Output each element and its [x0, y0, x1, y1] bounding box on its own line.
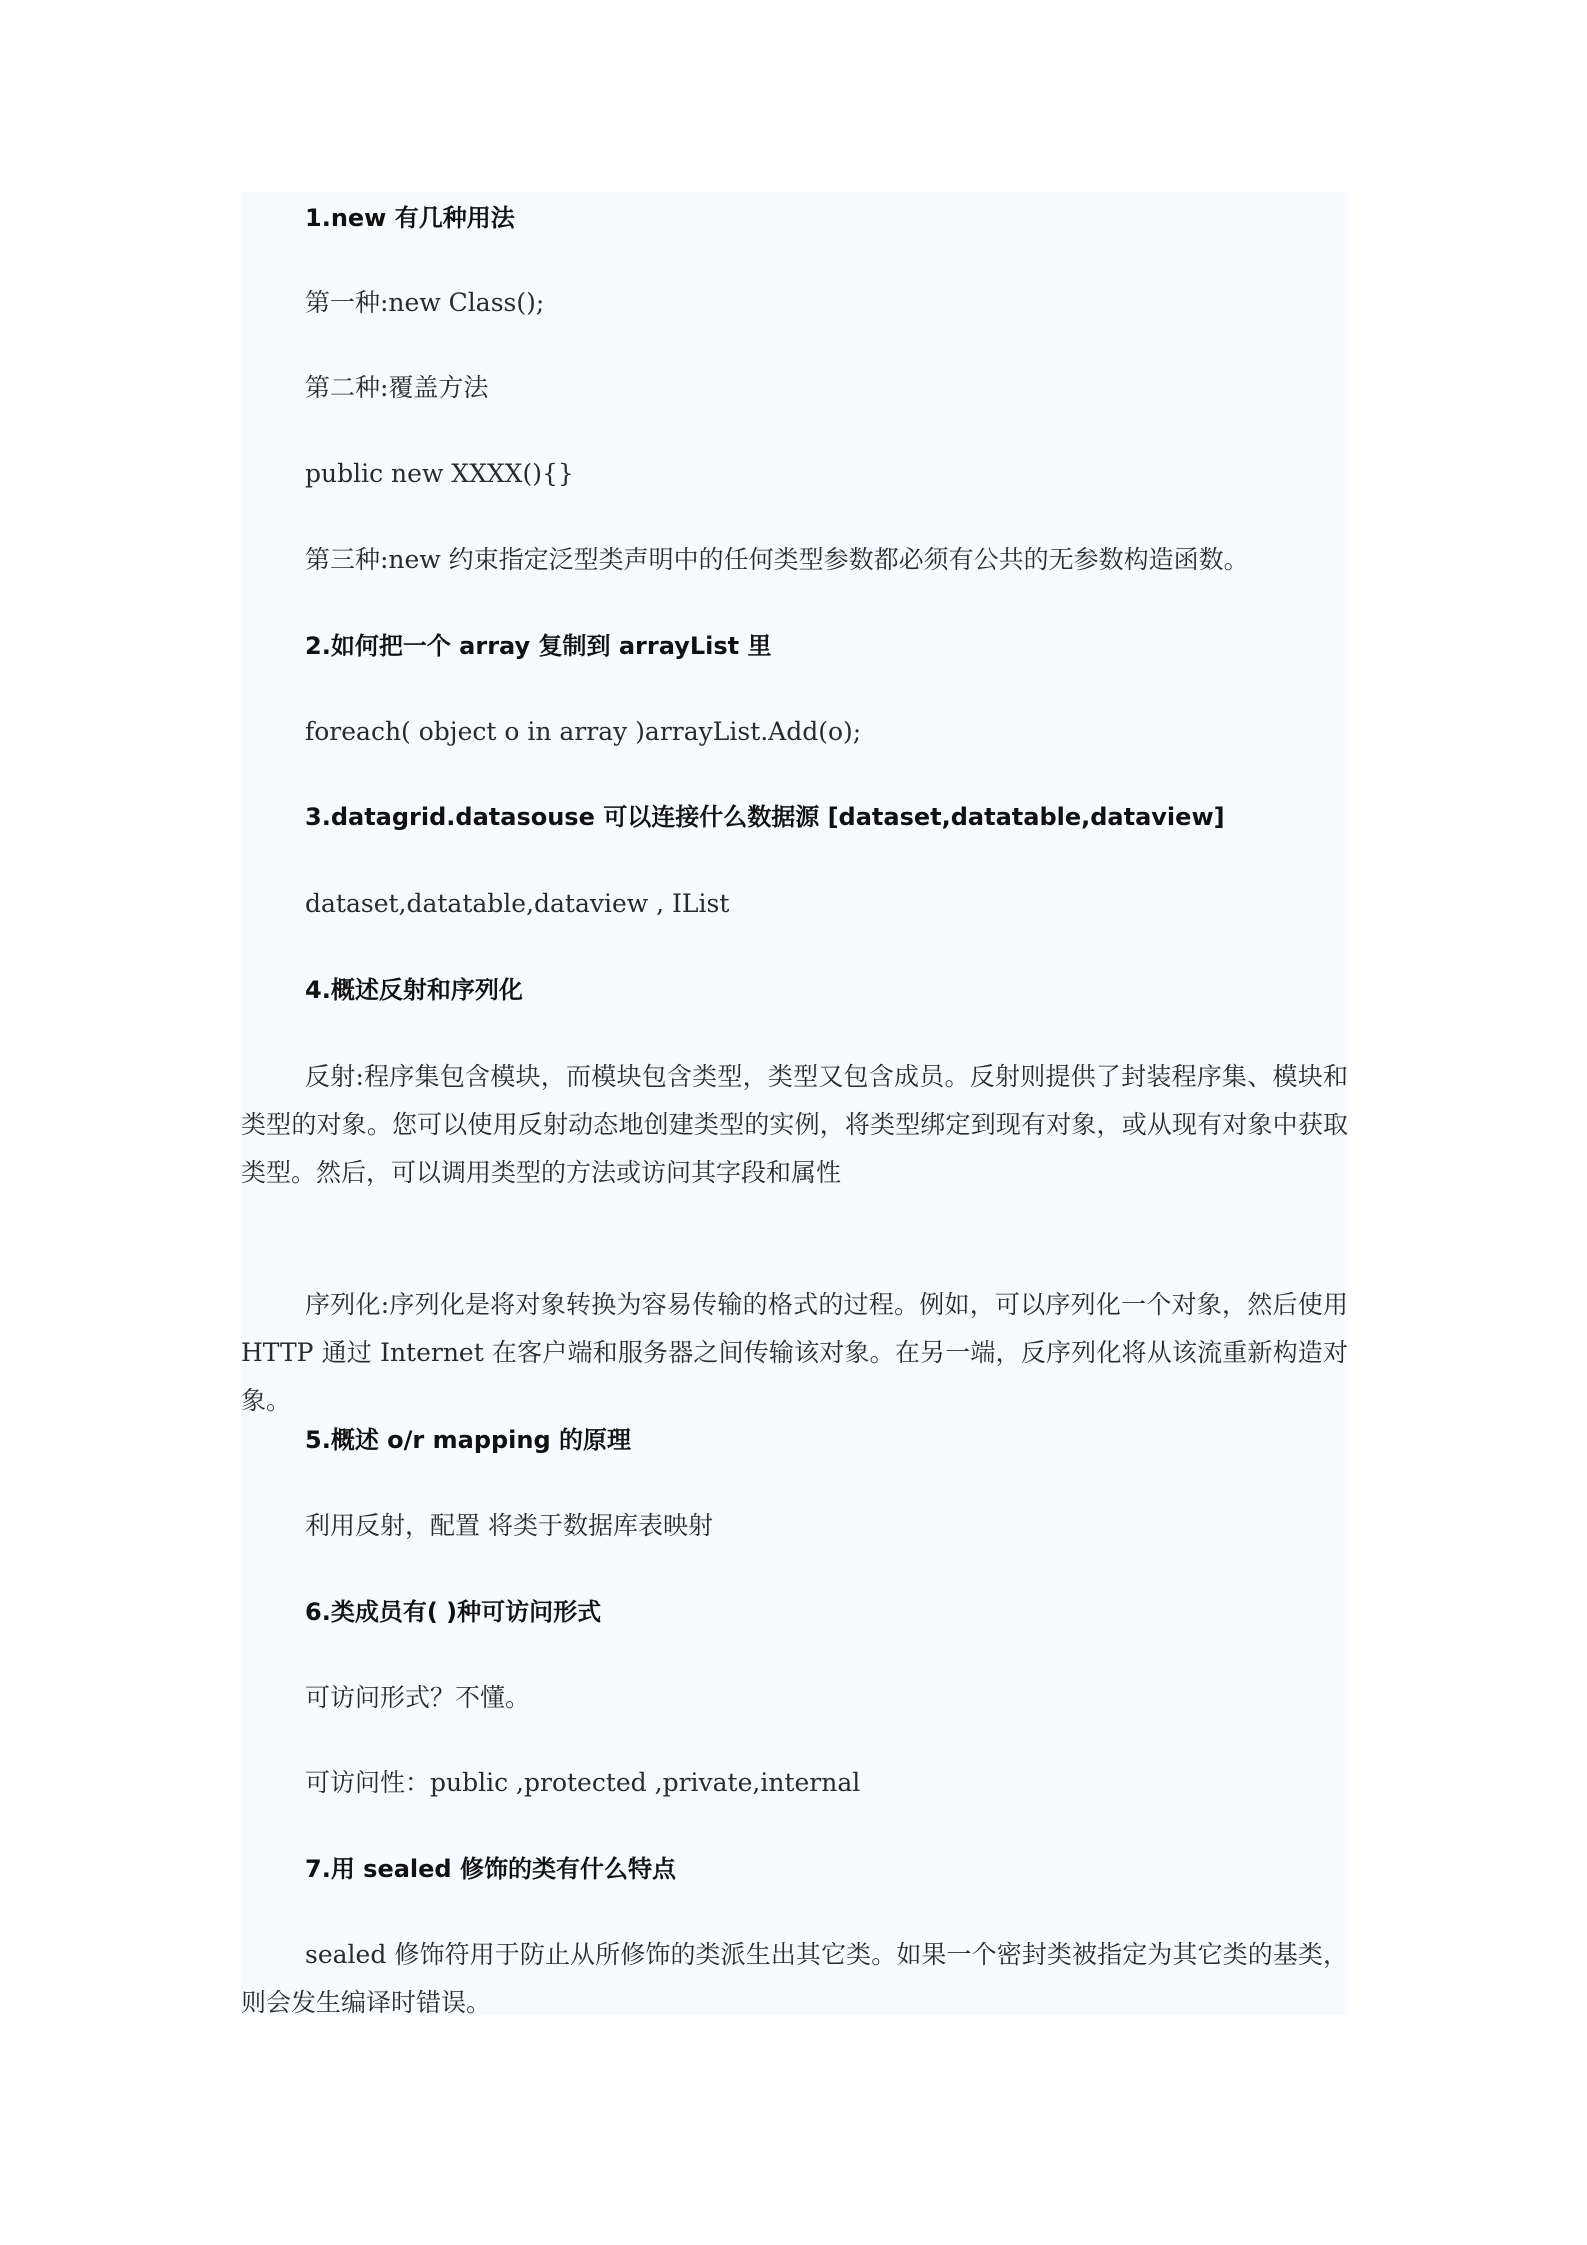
- answer-1-third-usage: 第三种:new 约束指定泛型类声明中的任何类型参数都必须有公共的无参数构造函数。: [305, 536, 1249, 584]
- answer-1-code-example: public new XXXX(){}: [305, 450, 574, 498]
- answer-1-second-usage: 第二种:覆盖方法: [305, 364, 488, 412]
- answer-5-text: 利用反射，配置 将类于数据库表映射: [305, 1502, 713, 1550]
- answer-3-text: dataset,datatable,dataview , IList: [305, 880, 729, 928]
- question-4-heading: 4.概述反射和序列化: [305, 966, 523, 1014]
- answer-4-reflection-paragraph: 反射:程序集包含模块，而模块包含类型，类型又包含成员。反射则提供了封装程序集、模…: [241, 1053, 1348, 1197]
- answer-7-paragraph: sealed 修饰符用于防止从所修饰的类派生出其它类。如果一个密封类被指定为其它…: [241, 1931, 1348, 2027]
- answer-1-first-usage: 第一种:new Class();: [305, 279, 544, 327]
- question-6-heading: 6.类成员有( )种可访问形式: [305, 1588, 601, 1636]
- document-page: 1.new 有几种用法 第一种:new Class(); 第二种:覆盖方法 pu…: [241, 192, 1348, 2015]
- answer-6-text-1: 可访问形式？不懂。: [305, 1674, 530, 1722]
- question-2-heading: 2.如何把一个 array 复制到 arrayList 里: [305, 622, 771, 670]
- answer-2-code: foreach( object o in array )arrayList.Ad…: [305, 708, 861, 756]
- question-7-heading: 7.用 sealed 修饰的类有什么特点: [305, 1845, 676, 1893]
- question-3-heading: 3.datagrid.datasouse 可以连接什么数据源 [dataset,…: [305, 793, 1225, 841]
- question-1-heading: 1.new 有几种用法: [305, 194, 515, 242]
- answer-6-text-2: 可访问性：public ,protected ,private,internal: [305, 1759, 860, 1807]
- question-5-heading: 5.概述 o/r mapping 的原理: [305, 1416, 631, 1464]
- answer-4-serialization-paragraph: 序列化:序列化是将对象转换为容易传输的格式的过程。例如，可以序列化一个对象，然后…: [241, 1281, 1348, 1425]
